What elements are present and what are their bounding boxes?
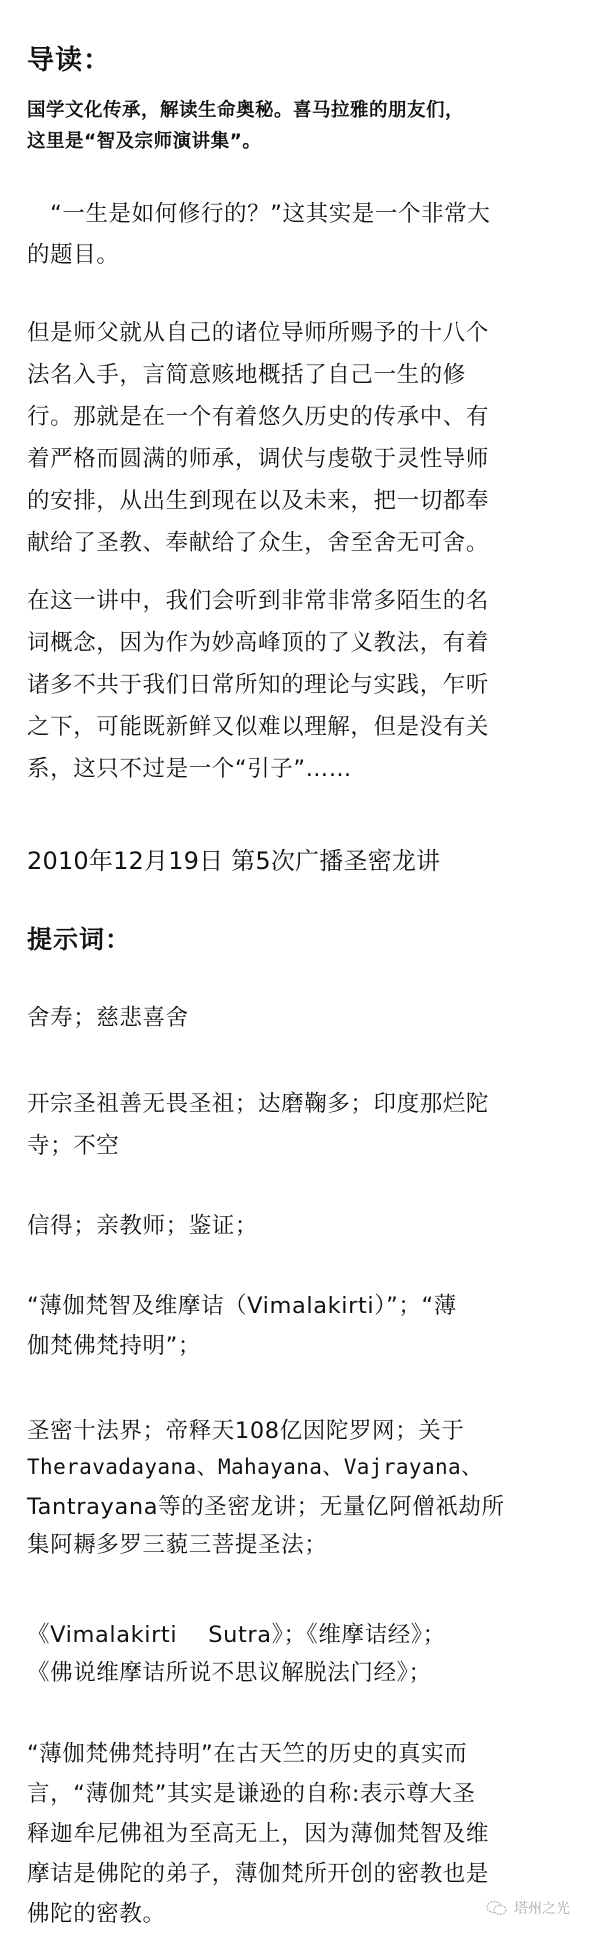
keywords-heading: 提示词：: [27, 920, 131, 956]
paragraph2-line-4: 之下，可能既新鲜又似难以理解，但是没有关: [27, 709, 489, 741]
closing-line-1: “薄伽梵佛梵持明”在古天竺的历史的真实而: [27, 1736, 467, 1768]
wechat-icon: [486, 1900, 508, 1916]
question-line-1: “一生是如何修行的？”这其实是一个非常大: [27, 196, 490, 228]
keyword-line: 伽梵佛梵持明”；: [27, 1328, 201, 1360]
closing-line-5: 佛陀的密教。: [27, 1896, 166, 1928]
paragraph2-line-5: 系，这只不过是一个“引子”……: [27, 751, 352, 783]
keyword-line: 《佛说维摩诘所说不思议解脱法门经》；: [27, 1655, 432, 1687]
paragraph1-line-2: 法名入手，言简意赅地概括了自己一生的修: [27, 357, 466, 389]
keyword-line: Tantrayana等的圣密龙讲；无量亿阿僧祇劫所: [27, 1489, 505, 1521]
paragraph2-line-3: 诸多不共于我们日常所知的理论与实践，乍听: [27, 667, 489, 699]
intro-line-1: 国学文化传承，解读生命奥秘。喜马拉雅的朋友们，: [27, 96, 464, 122]
paragraph2-line-2: 词概念，因为作为妙高峰顶的了义教法，有着: [27, 625, 489, 657]
date-heading: 2010年12月19日 第5次广播圣密龙讲: [27, 841, 440, 876]
watermark-text: 塔州之光: [514, 1898, 570, 1918]
keyword-line: 开宗圣祖善无畏圣祖；达磨鞠多；印度那烂陀: [27, 1086, 489, 1118]
page-title: 导读：: [27, 38, 111, 77]
question-line-2: 的题目。: [27, 237, 119, 269]
keyword-line: 寺；不空: [27, 1128, 119, 1160]
watermark: 塔州之光: [486, 1898, 570, 1918]
keyword-line: “薄伽梵智及维摩诘（Vimalakirti）”；“薄: [27, 1288, 457, 1320]
keyword-line: Theravadayana、Mahayana、Vajrayana、: [27, 1451, 483, 1481]
paragraph1-line-1: 但是师父就从自己的诸位导师所赐予的十八个: [27, 315, 489, 347]
closing-line-4: 摩诘是佛陀的弟子，薄伽梵所开创的密教也是: [27, 1856, 489, 1888]
paragraph1-line-6: 献给了圣教、奉献给了众生，舍至舍无可舍。: [27, 525, 489, 557]
keyword-line: 圣密十法界；帝释天108亿因陀罗网；关于: [27, 1413, 464, 1445]
paragraph1-line-3: 行。那就是在一个有着悠久历史的传承中、有: [27, 399, 489, 431]
paragraph1-line-4: 着严格而圆满的师承，调伏与虔敬于灵性导师: [27, 441, 489, 473]
paragraph2-line-1: 在这一讲中，我们会听到非常非常多陌生的名: [27, 583, 489, 615]
keyword-line: 集阿耨多罗三藐三菩提圣法；: [27, 1527, 327, 1559]
keyword-line: 信得；亲教师；鉴证；: [27, 1208, 258, 1240]
intro-line-2: 这里是“智及宗师演讲集”。: [27, 127, 261, 153]
keyword-line: 舍寿；慈悲喜舍: [27, 1000, 189, 1032]
keyword-line: 《Vimalakirti Sutra》；《维摩诘经》；: [27, 1617, 446, 1649]
paragraph1-line-5: 的安排，从出生到现在以及未来，把一切都奉: [27, 483, 489, 515]
closing-line-3: 释迦牟尼佛祖为至高无上，因为薄伽梵智及维: [27, 1816, 489, 1848]
closing-line-2: 言，“薄伽梵”其实是谦逊的自称:表示尊大圣: [27, 1776, 476, 1808]
